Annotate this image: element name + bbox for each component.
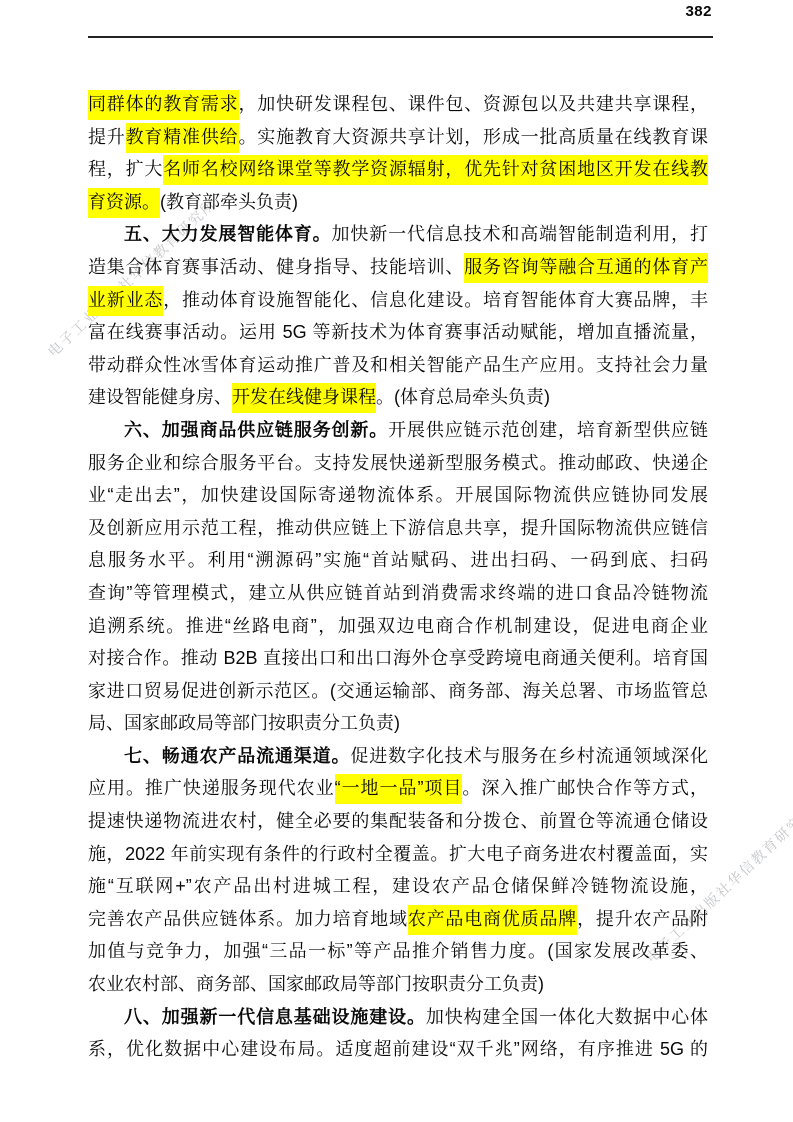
text-line: 建设智能健身房、开发在线健身课程。(体育总局牵头负责) [88, 381, 708, 414]
text-line: 施“互联网+”农产品出村进城工程，建设农产品仓储保鲜冷链物流设施， [88, 870, 708, 903]
text-segment: 应用。推广快递服务现代农业 [88, 778, 335, 798]
text-segment: 服务企业和综合服务平台。支持发展快递新型服务模式。推动邮政、快递企 [88, 453, 708, 473]
text-segment: 。深入推广邮快合作等方式， [462, 778, 708, 798]
text-line: 带动群众性冰雪体育运动推广普及和相关智能产品生产应用。支持社会力量 [88, 349, 708, 382]
text-segment: 及创新应用示范工程，推动供应链上下游信息共享，提升国际物流供应链信 [88, 518, 708, 538]
text-segment: ，推动体育设施智能化、信息化建设。培育智能体育大赛品牌，丰 [163, 290, 708, 310]
text-segment: 提速快递物流进农村，健全必要的集配装备和分拨仓、前置仓等流通仓储设 [88, 811, 708, 831]
header-divider [88, 36, 713, 38]
text-segment: 查询”等管理模式，建立从供应链首站到消费需求终端的进口食品冷链物流 [88, 583, 708, 603]
text-segment: ，加快研发课程包、课件包、资源包以及共建共享课程， [239, 94, 709, 114]
text-line: 追溯系统。推进“丝路电商”，加强双边电商合作机制建设，促进电商企业 [88, 610, 708, 643]
text-segment: 带动群众性冰雪体育运动推广普及和相关智能产品生产应用。支持社会力量 [88, 355, 708, 375]
text-segment: 程，扩大 [88, 159, 163, 179]
text-segment: 施，2022 年前实现有条件的行政村全覆盖。扩大电子商务进农村覆盖面，实 [88, 844, 708, 864]
text-line: 程，扩大名师名校网络课堂等教学资源辐射，优先针对贫困地区开发在线教 [88, 153, 708, 186]
text-segment: 加快新一代信息技术和高端智能制造利用，打 [332, 224, 708, 244]
text-body: 同群体的教育需求，加快研发课程包、课件包、资源包以及共建共享课程，提升教育精准供… [88, 88, 708, 1066]
text-line: 同群体的教育需求，加快研发课程包、课件包、资源包以及共建共享课程， [88, 88, 708, 121]
highlighted-text: 教育精准供给 [126, 123, 239, 153]
text-line: 加值与竞争力，加强“三品一标”等产品推介销售力度。(国家发展改革委、 [88, 935, 708, 968]
text-segment: 家进口贸易促进创新示范区。(交通运输部、商务部、海关总署、市场监管总 [88, 681, 708, 701]
text-line: 局、国家邮政局等部门按职责分工负责) [88, 707, 708, 740]
document-page: { "page": { "number": "382", "watermark_… [0, 0, 793, 1122]
text-segment: 。(体育总局牵头负责) [376, 387, 550, 407]
text-line: 提升教育精准供给。实施教育大资源共享计划，形成一批高质量在线教育课 [88, 121, 708, 154]
text-segment: 造集合体育赛事活动、健身指导、技能培训、 [88, 257, 464, 277]
text-line: 家进口贸易促进创新示范区。(交通运输部、商务部、海关总署、市场监管总 [88, 675, 708, 708]
text-segment: 促进数字化技术与服务在乡村流通领域深化 [350, 746, 708, 766]
text-segment: (教育部牵头负责) [160, 192, 298, 212]
text-line: 八、加强新一代信息基础设施建设。加快构建全国一体化大数据中心体 [88, 1001, 708, 1034]
text-line: 及创新应用示范工程，推动供应链上下游信息共享，提升国际物流供应链信 [88, 512, 708, 545]
text-segment: 富在线赛事活动。运用 5G 等新技术为体育赛事活动赋能，增加直播流量， [88, 322, 708, 342]
text-segment: 系，优化数据中心建设布局。适度超前建设“双千兆”网络，有序推进 5G 的 [88, 1039, 708, 1059]
highlighted-text: 育资源。 [88, 188, 160, 218]
text-segment: 农业农村部、商务部、国家邮政局等部门按职责分工负责) [88, 974, 544, 994]
text-line: 查询”等管理模式，建立从供应链首站到消费需求终端的进口食品冷链物流 [88, 577, 708, 610]
section-heading: 五、大力发展智能体育。 [124, 224, 332, 244]
text-line: 施，2022 年前实现有条件的行政村全覆盖。扩大电子商务进农村覆盖面，实 [88, 838, 708, 871]
text-segment: 追溯系统。推进“丝路电商”，加强双边电商合作机制建设，促进电商企业 [88, 616, 708, 636]
text-segment: 业“走出去”，加快建设国际寄递物流体系。开展国际物流供应链协同发展 [88, 485, 708, 505]
text-line: 七、畅通农产品流通渠道。促进数字化技术与服务在乡村流通领域深化 [88, 740, 708, 773]
text-segment: 提升 [88, 127, 126, 147]
section-heading: 七、畅通农产品流通渠道。 [124, 746, 350, 766]
text-line: 提速快递物流进农村，健全必要的集配装备和分拨仓、前置仓等流通仓储设 [88, 805, 708, 838]
section-heading: 六、加强商品供应链服务创新。 [124, 420, 388, 440]
text-line: 富在线赛事活动。运用 5G 等新技术为体育赛事活动赋能，增加直播流量， [88, 316, 708, 349]
text-segment: 加值与竞争力，加强“三品一标”等产品推介销售力度。(国家发展改革委、 [88, 941, 708, 961]
highlighted-text: “一地一品”项目 [335, 774, 463, 804]
text-line: 六、加强商品供应链服务创新。开展供应链示范创建，培育新型供应链 [88, 414, 708, 447]
text-line: 服务企业和综合服务平台。支持发展快递新型服务模式。推动邮政、快递企 [88, 447, 708, 480]
text-line: 完善农产品供应链体系。加力培育地域农产品电商优质品牌，提升农产品附 [88, 903, 708, 936]
text-line: 造集合体育赛事活动、健身指导、技能培训、服务咨询等融合互通的体育产 [88, 251, 708, 284]
section-heading: 八、加强新一代信息基础设施建设。 [124, 1007, 426, 1027]
highlighted-text: 服务咨询等融合互通的体育产 [464, 253, 708, 283]
highlighted-text: 开发在线健身课程 [232, 383, 376, 413]
text-line: 系，优化数据中心建设布局。适度超前建设“双千兆”网络，有序推进 5G 的 [88, 1033, 708, 1066]
text-line: 业“走出去”，加快建设国际寄递物流体系。开展国际物流供应链协同发展 [88, 479, 708, 512]
page-number: 382 [685, 3, 712, 20]
text-segment: 息服务水平。利用“溯源码”实施“首站赋码、进出扫码、一码到底、扫码 [88, 550, 708, 570]
text-line: 对接合作。推动 B2B 直接出口和出口海外仓享受跨境电商通关便利。培育国 [88, 642, 708, 675]
highlighted-text: 名师名校网络课堂等教学资源辐射，优先针对贫困地区开发在线教 [163, 155, 708, 185]
text-segment: 加快构建全国一体化大数据中心体 [426, 1007, 708, 1027]
text-line: 业新业态，推动体育设施智能化、信息化建设。培育智能体育大赛品牌，丰 [88, 284, 708, 317]
text-line: 息服务水平。利用“溯源码”实施“首站赋码、进出扫码、一码到底、扫码 [88, 544, 708, 577]
text-segment: 施“互联网+”农产品出村进城工程，建设农产品仓储保鲜冷链物流设施， [88, 876, 708, 896]
text-line: 育资源。(教育部牵头负责) [88, 186, 708, 219]
text-segment: 建设智能健身房、 [88, 387, 232, 407]
text-segment: 局、国家邮政局等部门按职责分工负责) [88, 713, 400, 733]
text-segment: 对接合作。推动 B2B 直接出口和出口海外仓享受跨境电商通关便利。培育国 [88, 648, 708, 668]
text-line: 农业农村部、商务部、国家邮政局等部门按职责分工负责) [88, 968, 708, 1001]
text-segment: 开展供应链示范创建，培育新型供应链 [388, 420, 708, 440]
highlighted-text: 农产品电商优质品牌 [408, 905, 577, 935]
text-segment: ，提升农产品附 [577, 909, 708, 929]
text-line: 应用。推广快递服务现代农业“一地一品”项目。深入推广邮快合作等方式， [88, 772, 708, 805]
text-segment: 。实施教育大资源共享计划，形成一批高质量在线教育课 [239, 127, 709, 147]
text-segment: 完善农产品供应链体系。加力培育地域 [88, 909, 408, 929]
highlighted-text: 同群体的教育需求 [88, 90, 239, 120]
text-line: 五、大力发展智能体育。加快新一代信息技术和高端智能制造利用，打 [88, 218, 708, 251]
highlighted-text: 业新业态 [88, 286, 163, 316]
